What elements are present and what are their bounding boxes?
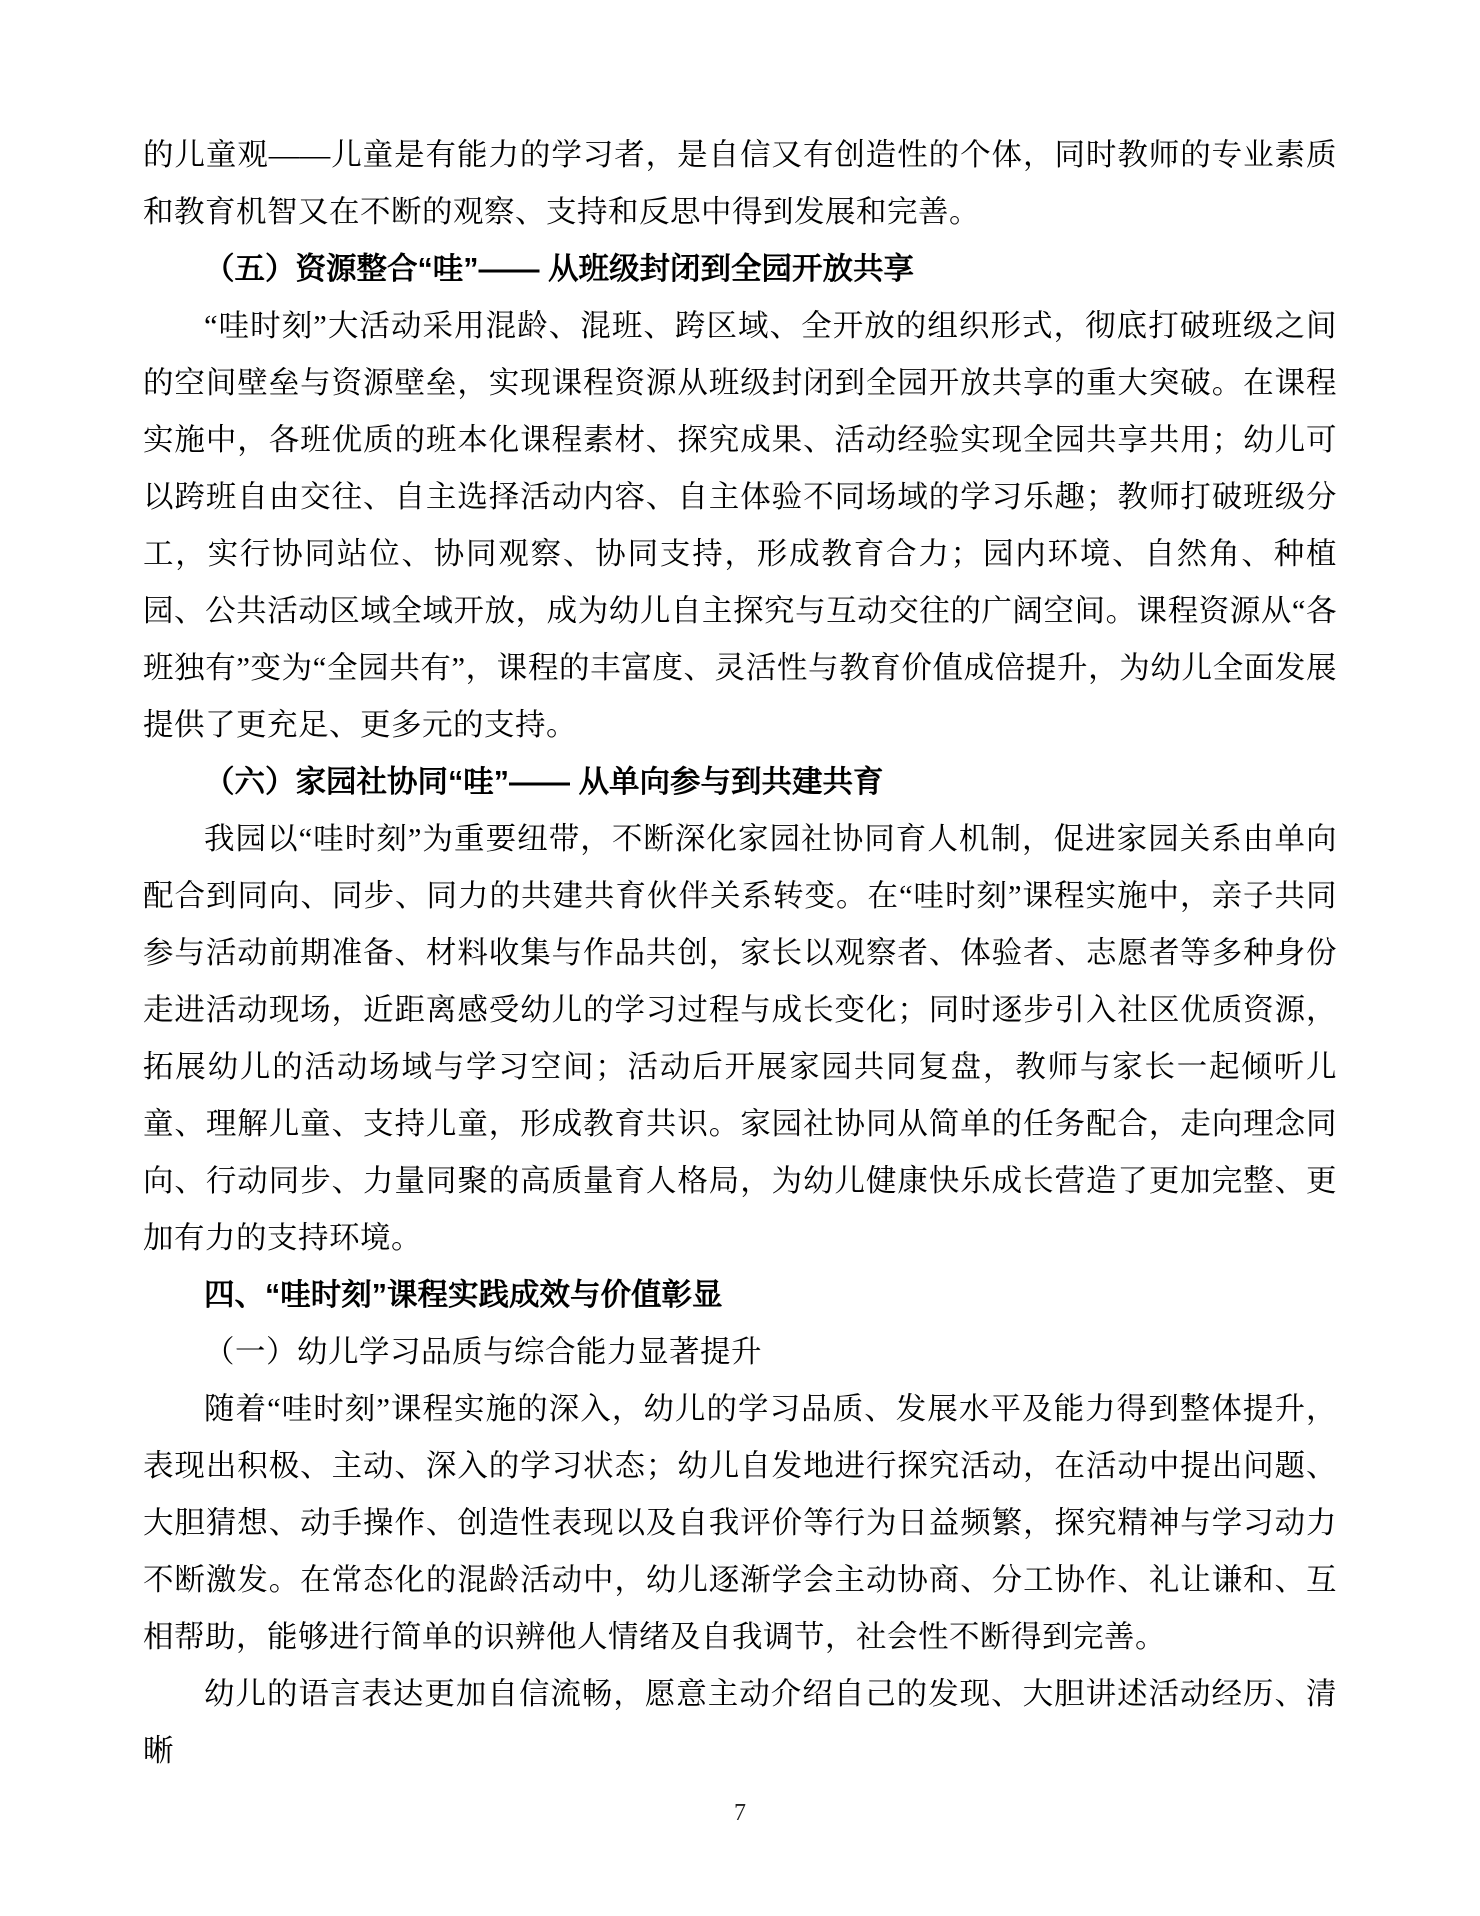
section-heading: （一）幼儿学习品质与综合能力显著提升 [143, 1324, 1337, 1381]
section-heading: （六）家园社协同“哇”—— 从单向参与到共建共育 [143, 754, 1337, 811]
paragraph: 我园以“哇时刻”为重要纽带，不断深化家园社协同育人机制，促进家园关系由单向配合到… [143, 811, 1337, 1267]
page-number: 7 [0, 1800, 1480, 1827]
document-content: 的儿童观——儿童是有能力的学习者，是自信又有创造性的个体，同时教师的专业素质和教… [143, 127, 1337, 1780]
paragraph: 的儿童观——儿童是有能力的学习者，是自信又有创造性的个体，同时教师的专业素质和教… [143, 127, 1337, 241]
paragraph: 幼儿的语言表达更加自信流畅，愿意主动介绍自己的发现、大胆讲述活动经历、清晰 [143, 1666, 1337, 1780]
section-heading: （五）资源整合“哇”—— 从班级封闭到全园开放共享 [143, 241, 1337, 298]
section-heading: 四、“哇时刻”课程实践成效与价值彰显 [143, 1267, 1337, 1324]
document-page: 的儿童观——儿童是有能力的学习者，是自信又有创造性的个体，同时教师的专业素质和教… [0, 0, 1480, 1916]
paragraph: 随着“哇时刻”课程实施的深入，幼儿的学习品质、发展水平及能力得到整体提升，表现出… [143, 1381, 1337, 1666]
paragraph: “哇时刻”大活动采用混龄、混班、跨区域、全开放的组织形式，彻底打破班级之间的空间… [143, 298, 1337, 754]
